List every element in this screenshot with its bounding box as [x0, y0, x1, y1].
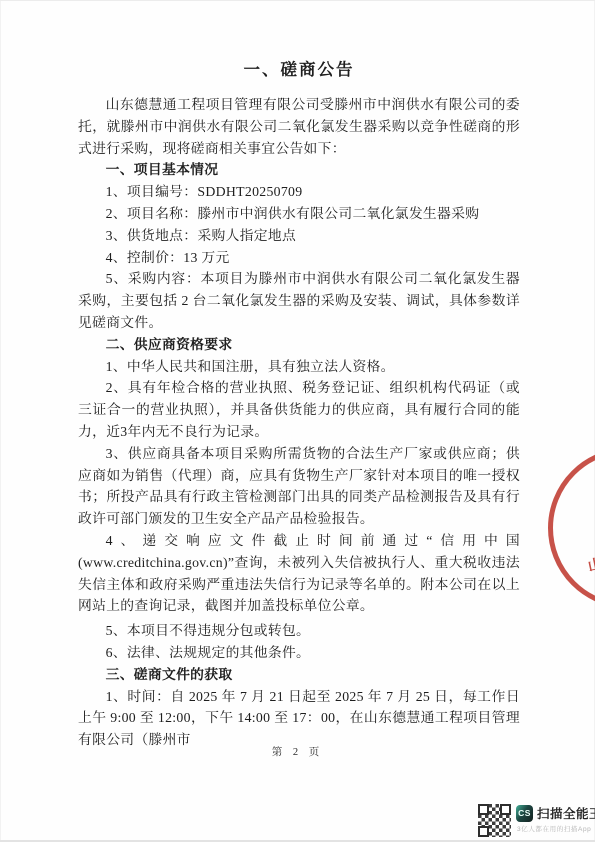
- section-heading-2: 二、供应商资格要求: [78, 334, 520, 356]
- item-procurement-content: 5、采购内容：本项目为滕州市中润供水有限公司二氧化氯发生器采购，主要包括 2 台…: [78, 268, 520, 333]
- camscanner-logo-row: CS 扫描全能王: [516, 804, 595, 822]
- item-project-number: 1、项目编号：SDDHT20250709: [78, 181, 520, 203]
- seal-text: 山东德慧通工程: [586, 466, 595, 575]
- camscanner-badge: CS 扫描全能王 3亿人都在用的扫描App: [478, 802, 590, 840]
- qualification-4: 4、递交响应文件截止时间前通过“信用中国(www.creditchina.gov…: [78, 530, 520, 617]
- section-heading-1: 一、项目基本情况: [78, 159, 520, 181]
- qualification-2: 2、具有年检合格的营业执照、税务登记证、组织机构代码证（或三证合一的营业执照），…: [78, 377, 520, 442]
- qualification-1: 1、中华人民共和国注册，具有独立法人资格。: [78, 356, 520, 378]
- camscanner-tagline: 3亿人都在用的扫描App: [517, 824, 591, 833]
- camscanner-logo-icon: CS: [516, 805, 533, 822]
- section-heading-3: 三、磋商文件的获取: [78, 664, 520, 686]
- seal-graphic: 山东德慧通工程: [540, 425, 595, 625]
- obtain-time: 1、时间：自 2025 年 7 月 21 日起至 2025 年 7 月 25 日…: [78, 686, 520, 751]
- item-delivery-place: 3、供货地点：采购人指定地点: [78, 225, 520, 247]
- qr-finder-square: [478, 826, 489, 837]
- document-title: 一、磋商公告: [78, 56, 520, 80]
- qr-code-image: [478, 804, 511, 837]
- scanned-document-page: 一、磋商公告 山东德慧通工程项目管理有限公司受滕州市中润供水有限公司的委托，就滕…: [0, 0, 595, 842]
- camscanner-app-name: 扫描全能王: [537, 804, 595, 822]
- company-seal: 山东德慧通工程: [540, 425, 595, 625]
- document-content: 一、磋商公告 山东德慧通工程项目管理有限公司受滕州市中润供水有限公司的委托，就滕…: [78, 56, 520, 751]
- document-body: 山东德慧通工程项目管理有限公司受滕州市中润供水有限公司的委托，就滕州市中润供水有…: [78, 94, 520, 751]
- seal-ring: [551, 450, 595, 606]
- qualification-5: 5、本项目不得违规分包或转包。: [78, 620, 520, 642]
- intro-paragraph: 山东德慧通工程项目管理有限公司受滕州市中润供水有限公司的委托，就滕州市中润供水有…: [78, 94, 520, 159]
- qualification-3: 3、供应商具备本项目采购所需货物的合法生产厂家或供应商；供应商如为销售（代理）商…: [78, 443, 520, 530]
- item-project-name: 2、项目名称：滕州市中润供水有限公司二氧化氯发生器采购: [78, 203, 520, 225]
- item-control-price: 4、控制价：13 万元: [78, 247, 520, 269]
- qualification-6: 6、法律、法规规定的其他条件。: [78, 642, 520, 664]
- page-number-footer: 第 2 页: [0, 744, 595, 759]
